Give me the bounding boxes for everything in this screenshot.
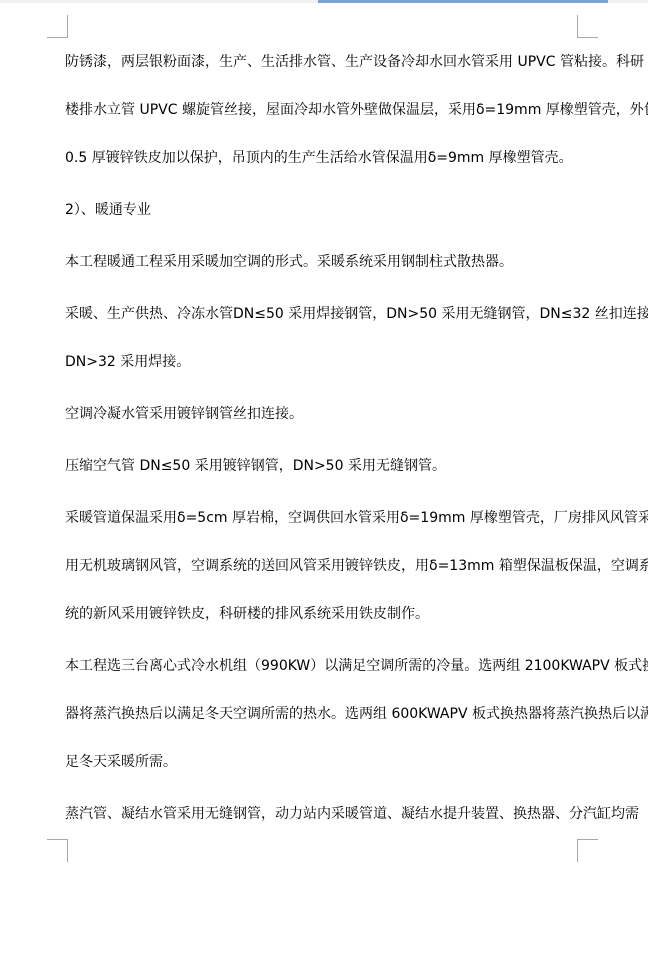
text-line: 器将蒸汽换热后以满足冬天空调所需的热水。选两组 600KWAPV 板式换热器将蒸… (65, 690, 585, 738)
text-line: 0.5 厚镀锌铁皮加以保护，吊顶内的生产生活给水管保温用δ=9mm 厚橡塑管壳。 (65, 134, 585, 182)
paragraph-1: 防锈漆，两层银粉面漆，生产、生活排水管、生产设备冷却水回水管采用 UPVC 管粘… (65, 38, 585, 182)
paragraph-9: 蒸汽管、凝结水管采用无缝钢管，动力站内采暖管道、凝结水提升装置、换热器、分汽缸均… (65, 790, 585, 838)
margin-crop-mark-bottom-left (47, 839, 68, 862)
text-line: 2）、暖通专业 (65, 186, 585, 234)
margin-crop-mark-top-right (577, 15, 598, 38)
paragraph-4: 采暖、生产供热、冷冻水管DN≤50 采用焊接钢管，DN>50 采用无缝钢管，DN… (65, 290, 585, 386)
text-line: 采暖管道保温采用δ=5cm 厚岩棉，空调供回水管采用δ=19mm 厚橡塑管壳，厂… (65, 494, 585, 542)
paragraph-7: 采暖管道保温采用δ=5cm 厚岩棉，空调供回水管采用δ=19mm 厚橡塑管壳，厂… (65, 494, 585, 638)
paragraph-6: 压缩空气管 DN≤50 采用镀锌钢管，DN>50 采用无缝钢管。 (65, 442, 585, 490)
text-line: 本工程暖通工程采用采暖加空调的形式。采暖系统采用钢制柱式散热器。 (65, 238, 585, 286)
document-page[interactable]: 防锈漆，两层银粉面漆，生产、生活排水管、生产设备冷却水回水管采用 UPVC 管粘… (0, 3, 648, 960)
paragraph-2: 2）、暖通专业 (65, 186, 585, 234)
text-line: 楼排水立管 UPVC 螺旋管丝接，屋面冷却水管外壁做保温层，采用δ=19mm 厚… (65, 86, 585, 134)
text-line: 本工程选三台离心式冷水机组（990KW）以满足空调所需的冷量。选两组 2100K… (65, 642, 585, 690)
text-line: 防锈漆，两层银粉面漆，生产、生活排水管、生产设备冷却水回水管采用 UPVC 管粘… (65, 38, 585, 86)
paragraph-8: 本工程选三台离心式冷水机组（990KW）以满足空调所需的冷量。选两组 2100K… (65, 642, 585, 786)
text-line: 足冬天采暖所需。 (65, 738, 585, 786)
text-line: 采暖、生产供热、冷冻水管DN≤50 采用焊接钢管，DN>50 采用无缝钢管，DN… (65, 290, 585, 338)
document-text-body: 防锈漆，两层银粉面漆，生产、生活排水管、生产设备冷却水回水管采用 UPVC 管粘… (65, 38, 585, 842)
text-line: 蒸汽管、凝结水管采用无缝钢管，动力站内采暖管道、凝结水提升装置、换热器、分汽缸均… (65, 790, 585, 838)
text-line: 用无机玻璃钢风管，空调系统的送回风管采用镀锌铁皮，用δ=13mm 箱塑保温板保温… (65, 542, 585, 590)
margin-crop-mark-bottom-right (577, 839, 598, 862)
paragraph-3: 本工程暖通工程采用采暖加空调的形式。采暖系统采用钢制柱式散热器。 (65, 238, 585, 286)
text-line: 压缩空气管 DN≤50 采用镀锌钢管，DN>50 采用无缝钢管。 (65, 442, 585, 490)
text-line: 空调冷凝水管采用镀锌钢管丝扣连接。 (65, 390, 585, 438)
text-line: 统的新风采用镀锌铁皮，科研楼的排风系统采用铁皮制作。 (65, 590, 585, 638)
margin-crop-mark-top-left (47, 15, 68, 38)
paragraph-5: 空调冷凝水管采用镀锌钢管丝扣连接。 (65, 390, 585, 438)
text-line: DN>32 采用焊接。 (65, 338, 585, 386)
